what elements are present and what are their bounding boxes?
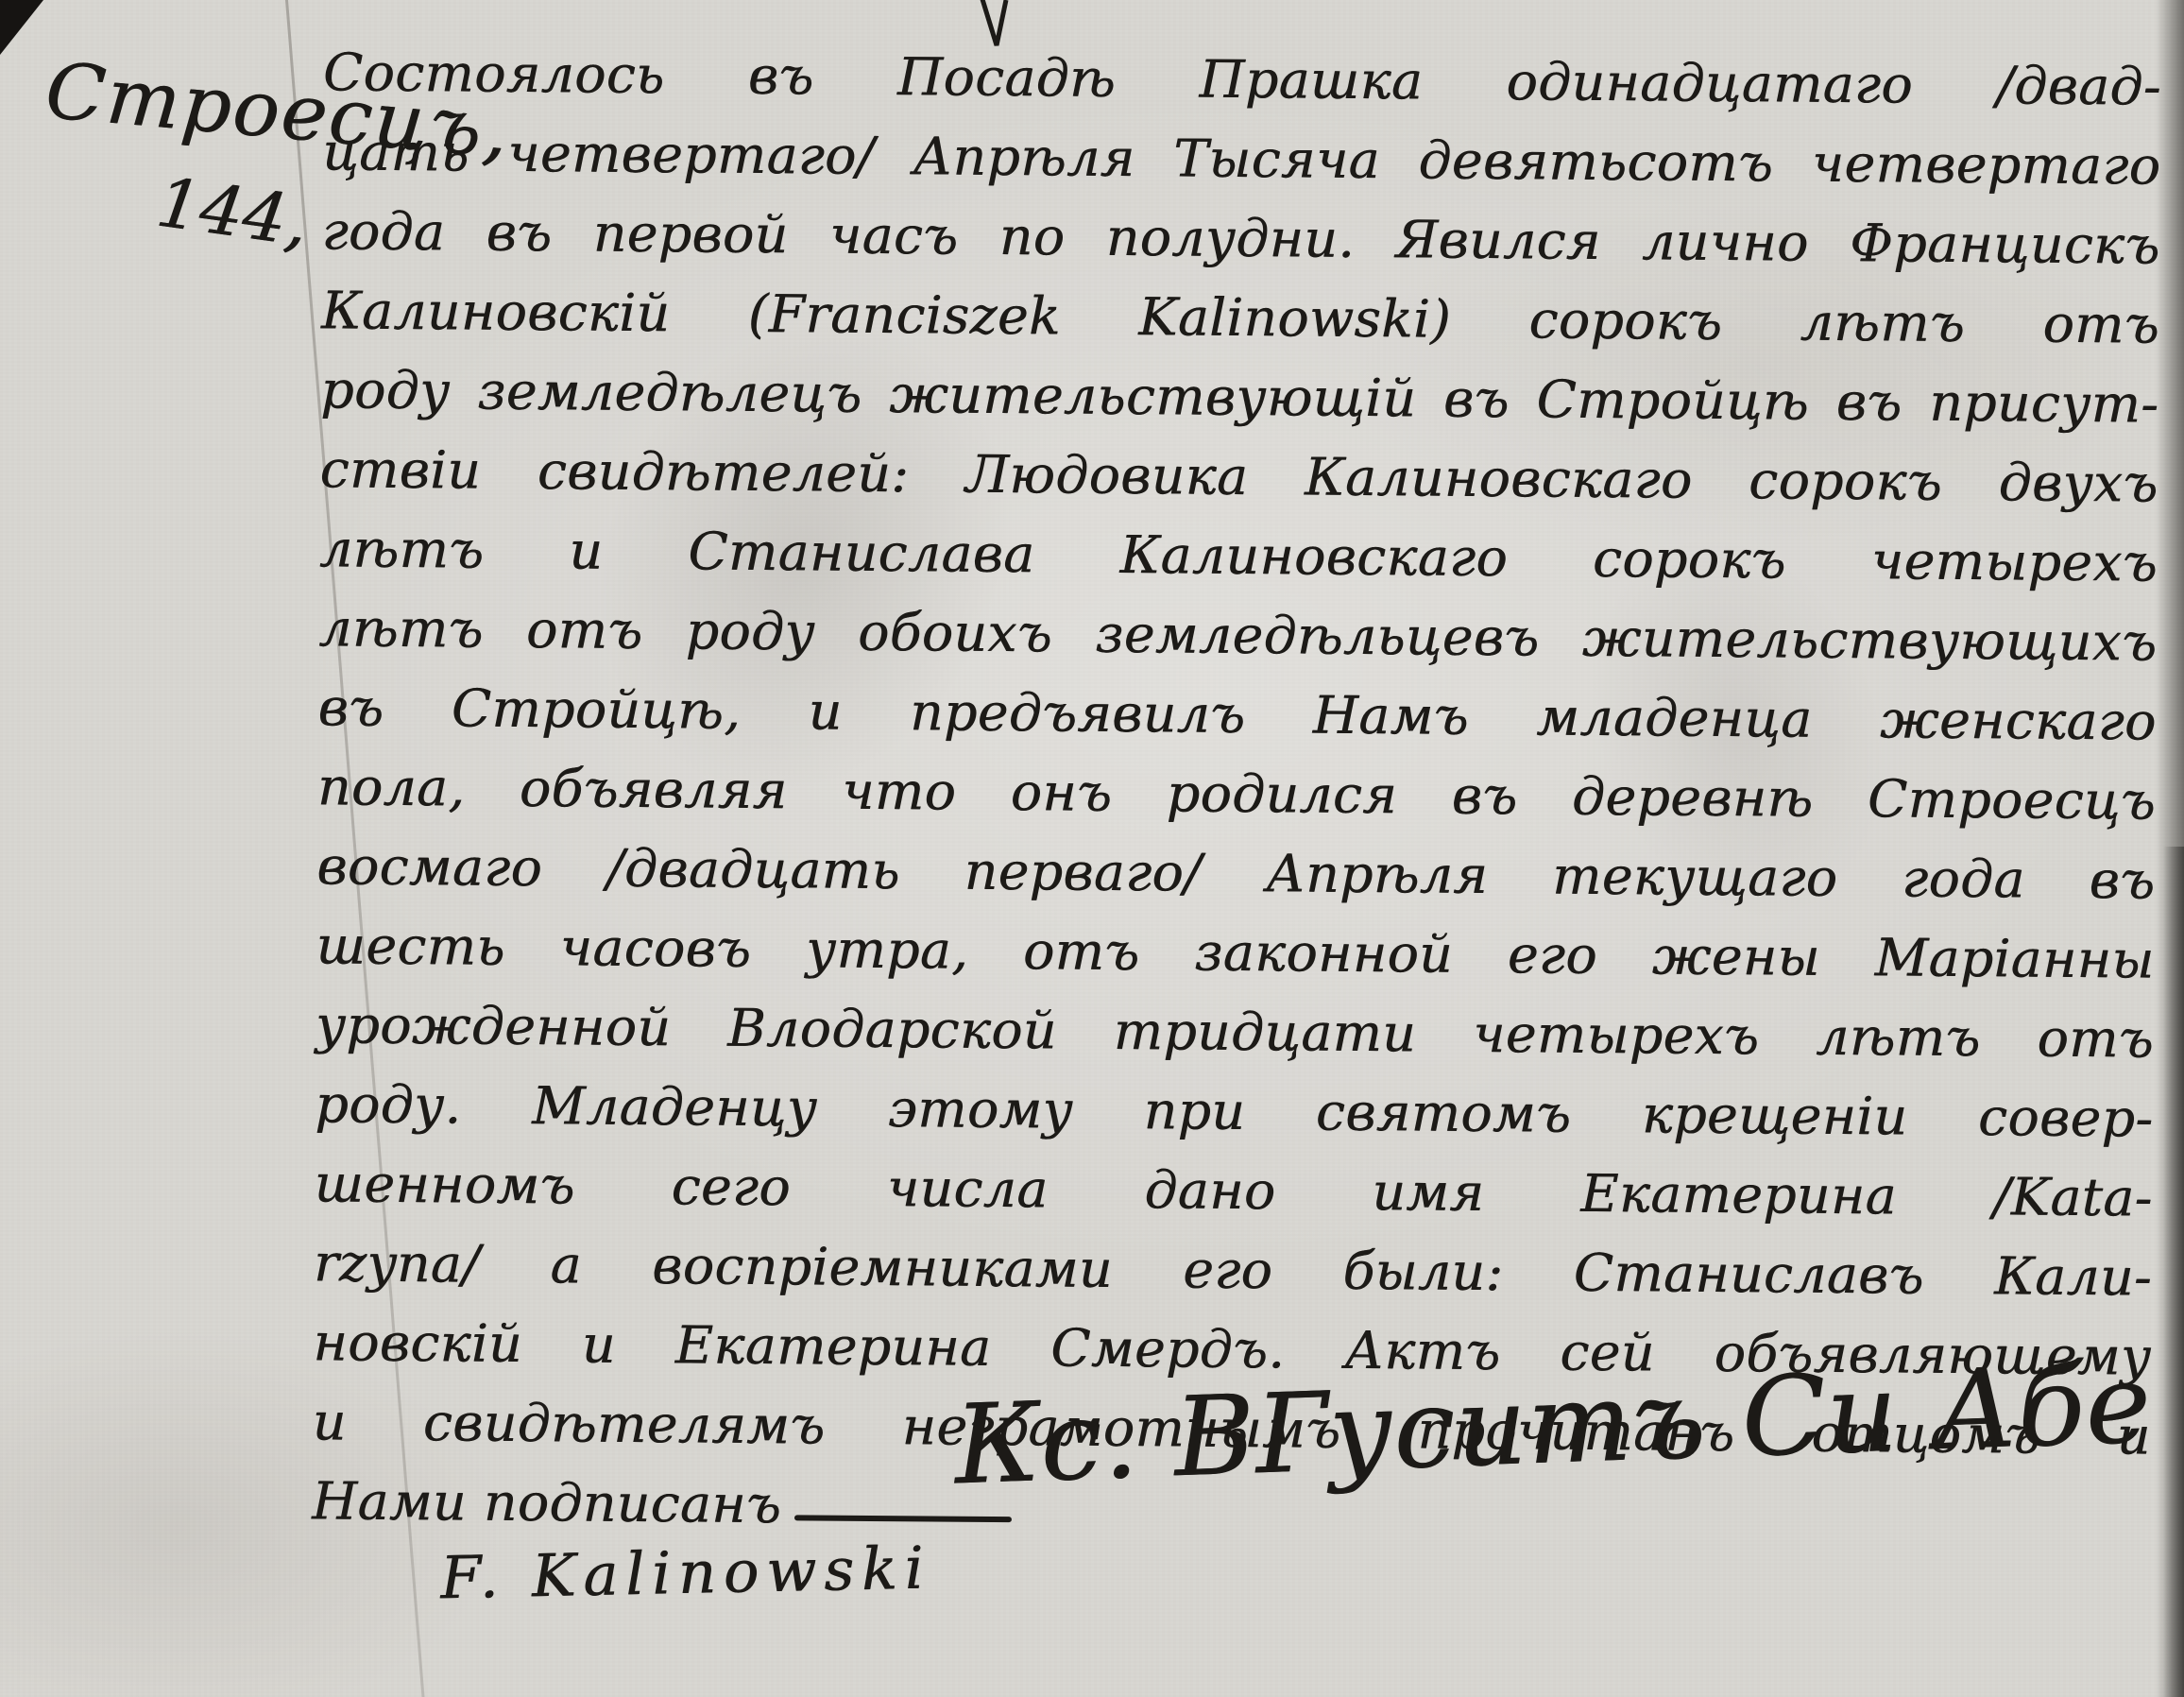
record-line: шенномъ сего числа дано имя Екатерина /K… bbox=[314, 1143, 2153, 1237]
record-line: цать четвертаго/ Апрѣля Тысяча девятьсот… bbox=[322, 111, 2161, 205]
record-line: Калиновскій (Franciszek Kalinowski) соро… bbox=[321, 270, 2160, 364]
closing-dash-stroke bbox=[794, 1515, 1012, 1522]
record-line: ствіи свидѣтелей: Людовика Калиновскаго … bbox=[319, 429, 2158, 523]
record-line: урожденной Влодарской тридцати четырехъ … bbox=[316, 985, 2155, 1078]
record-line: rzyna/ а воспріемниками его были: Станис… bbox=[314, 1223, 2153, 1316]
record-line: Нами подписанъ bbox=[312, 1461, 782, 1544]
record-line: года въ первой часъ по полудни. Явился л… bbox=[321, 191, 2160, 284]
margin-place-name: Строесцъ, bbox=[42, 46, 294, 157]
record-line: Состоялось въ Посадѣ Прашка одинадцатаго… bbox=[323, 32, 2162, 126]
record-text-block: Состоялось въ Посадѣ Прашка одинадцатаго… bbox=[312, 32, 2161, 1554]
scan-corner-artifact bbox=[0, 0, 43, 55]
record-line: роду. Младенцу этому при святомъ крещені… bbox=[315, 1064, 2154, 1157]
margin-record-number: 144, bbox=[152, 163, 296, 260]
margin-annotation: Строесцъ, 144, bbox=[45, 57, 291, 250]
scan-edge-shadow bbox=[2163, 847, 2184, 1697]
record-line: въ Стройцѣ, и предъявилъ Намъ младенца ж… bbox=[317, 667, 2157, 761]
father-signature: F. Kalinowski bbox=[439, 1534, 931, 1613]
record-line: пола, объявляя что онъ родился въ деревн… bbox=[317, 746, 2157, 840]
record-line: лѣтъ и Станислава Калиновскаго сорокъ че… bbox=[319, 508, 2158, 602]
record-line: лѣтъ отъ роду обоихъ земледѣльцевъ жител… bbox=[318, 588, 2158, 681]
record-line: шесть часовъ утра, отъ законной его жены… bbox=[316, 905, 2155, 999]
record-line: восмаго /двадцать перваго/ Апрѣля текуща… bbox=[316, 826, 2156, 919]
record-line: роду земледѣлецъ жительствующій въ Строй… bbox=[320, 350, 2159, 443]
